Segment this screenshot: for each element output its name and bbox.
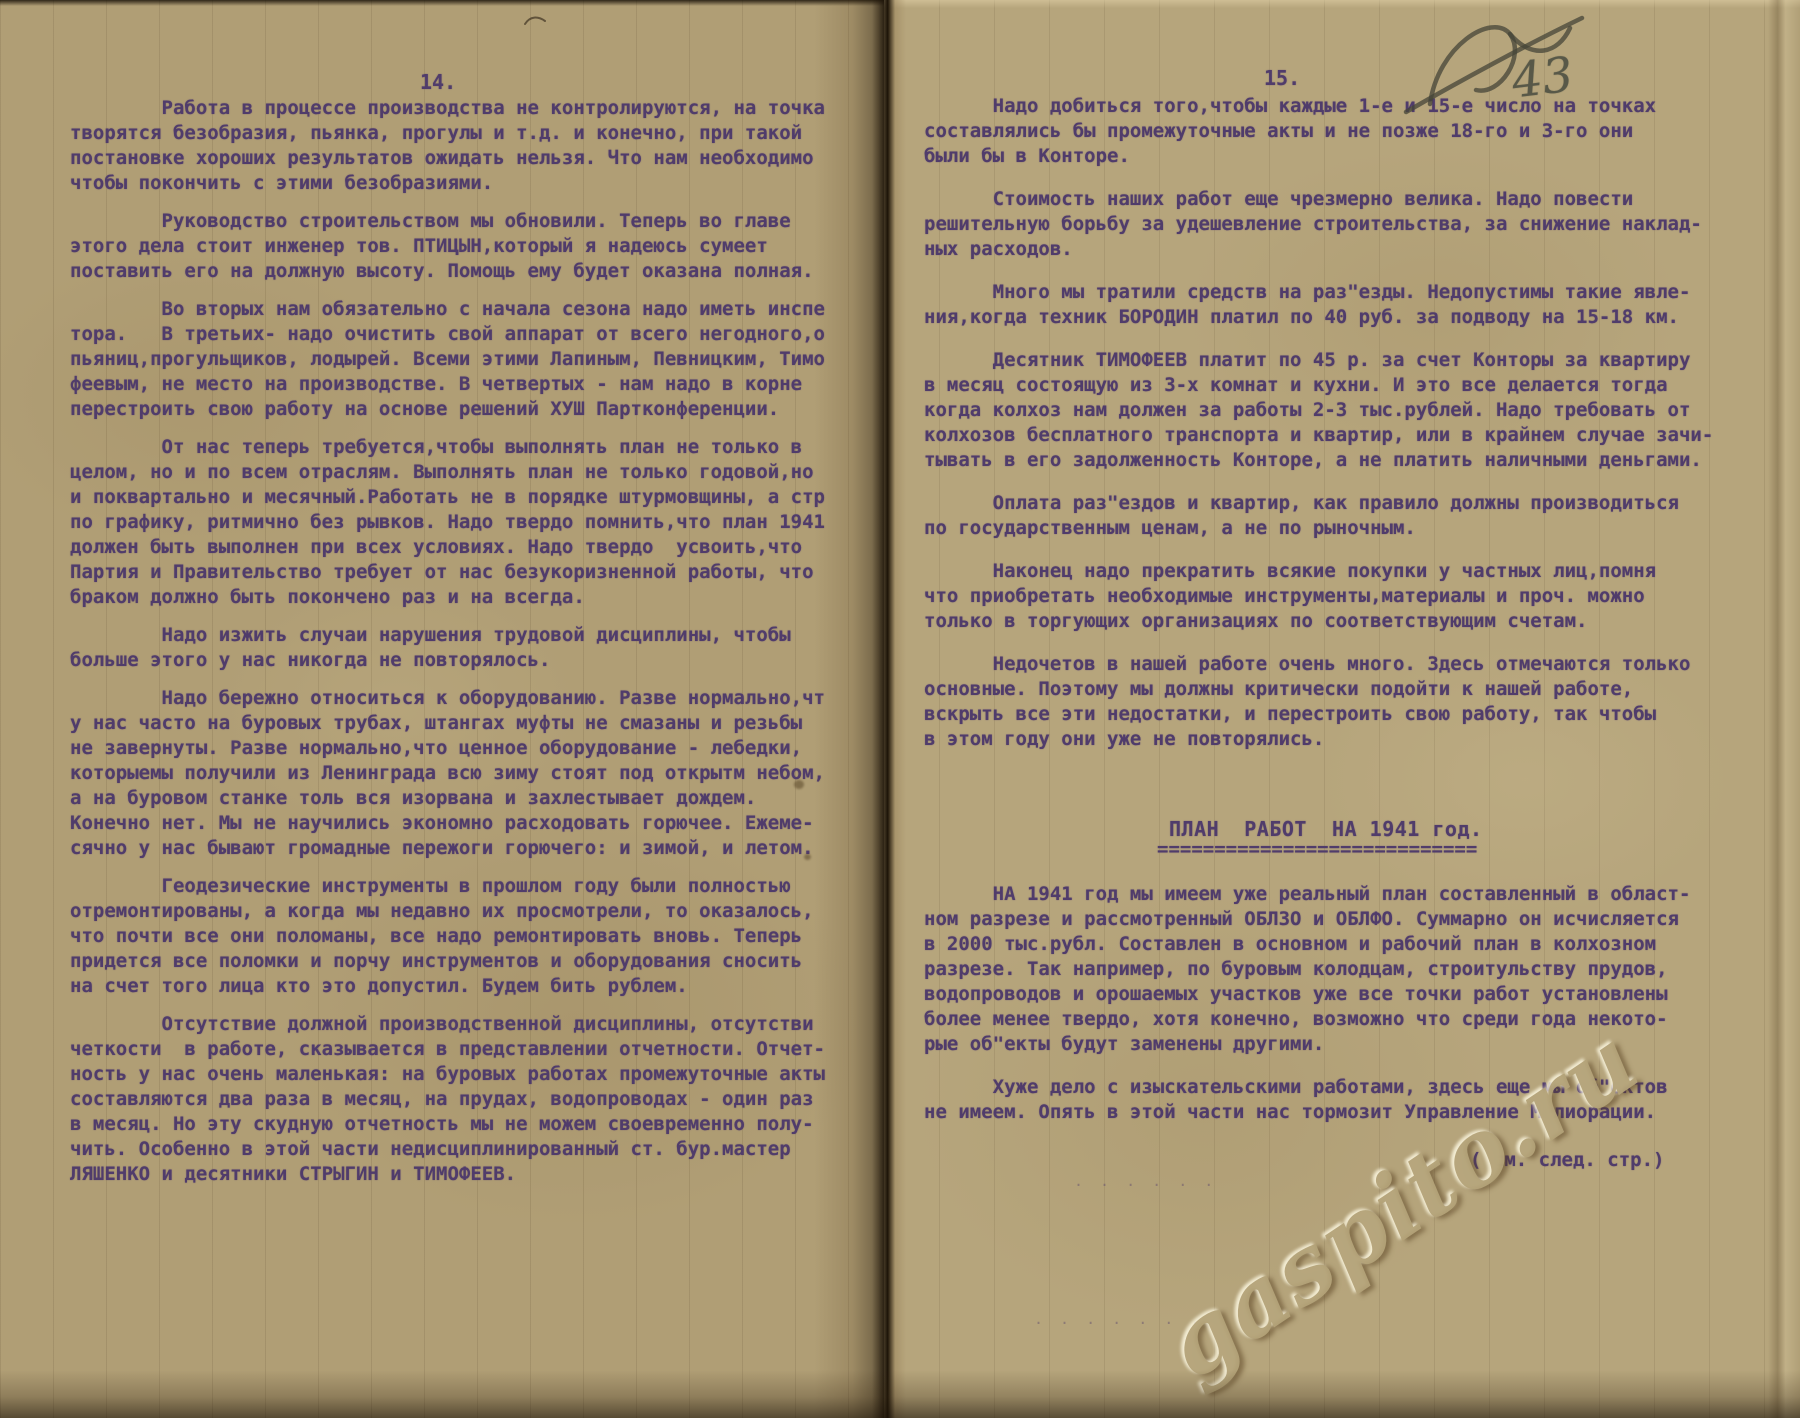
scanned-document-spread: 14. Работа в процессе производства не ко…: [0, 0, 1800, 1418]
text-line: на счет того лица кто это допустил. Буде…: [70, 974, 825, 999]
text-line: ния,когда техник БОРОДИН платил по 40 ру…: [924, 305, 1713, 330]
text-line: Недочетов в нашей работе очень много. Зд…: [924, 652, 1713, 677]
text-line: решительную борьбу за удешевление строит…: [924, 212, 1713, 237]
text-line: которыемы получили из Ленинграда всю зим…: [70, 761, 825, 786]
page-number-right: 15.: [1264, 66, 1300, 90]
paragraph: Недочетов в нашей работе очень много. Зд…: [924, 652, 1713, 752]
text-line: тора. В третьих- надо очистить свой аппа…: [70, 322, 825, 347]
text-line: Партия и Правительство требует от нас бе…: [70, 560, 825, 585]
text-line: разрезе. Так например, по буровым колодц…: [924, 957, 1713, 982]
text-line: не завернуты. Разве нормально,что ценное…: [70, 736, 825, 761]
text-line: браком должно быть покончено раз и на вс…: [70, 585, 825, 610]
text-line: чтобы покончить с этими безобразиями.: [70, 171, 825, 196]
text-line: больше этого у нас никогда не повторялос…: [70, 648, 825, 673]
text-line: Надо добиться того,чтобы каждые 1-е и 15…: [924, 94, 1713, 119]
text-line: тывать в его задолженность Конторе, а не…: [924, 448, 1713, 473]
text-line: когда колхоз нам должен за работы 2-3 ты…: [924, 398, 1713, 423]
text-line: Геодезические инструменты в прошлом году…: [70, 874, 825, 899]
text-line: ном разрезе и рассмотренный ОБЛЗО и ОБЛФ…: [924, 907, 1713, 932]
text-line: Отсутствие должной производственной дисц…: [70, 1012, 825, 1037]
text-line: От нас теперь требуется,чтобы выполнять …: [70, 435, 825, 460]
text-line: отремонтированы, а когда мы недавно их п…: [70, 899, 825, 924]
paragraph: От нас теперь требуется,чтобы выполнять …: [70, 435, 825, 610]
text-line: были бы в Конторе.: [924, 144, 1713, 169]
text-line: колхозов бесплатного транспорта и кварти…: [924, 423, 1713, 448]
text-line: Работа в процессе производства не контро…: [70, 96, 825, 121]
paragraph: Надо изжить случаи нарушения трудовой ди…: [70, 623, 825, 673]
text-line: в 2000 тыс.рубл. Составлен в основном и …: [924, 932, 1713, 957]
text-line: Во вторых нам обязательно с начала сезон…: [70, 297, 825, 322]
handwritten-archive-page-number: 43: [1509, 46, 1576, 109]
text-line: должен быть выполнен при всех условиях. …: [70, 535, 825, 560]
text-line: постановке хороших результатов ожидать н…: [70, 146, 825, 171]
page-edge: [1768, 0, 1800, 1418]
text-line: что почти все они поломаны, все надо рем…: [70, 924, 825, 949]
text-line: Оплата раз"ездов и квартир, как правило …: [924, 491, 1713, 516]
paragraph: Руководство строительством мы обновили. …: [70, 209, 825, 284]
text-line: что приобретать необходимые инструменты,…: [924, 584, 1713, 609]
text-line: Десятник ТИМОФЕЕВ платит по 45 р. за сче…: [924, 348, 1713, 373]
paragraph: Стоимость наших работ еще чрезмерно вели…: [924, 187, 1713, 262]
text-line: Надо бережно относиться к оборудованию. …: [70, 686, 825, 711]
paper-stain: [794, 780, 804, 789]
text-line: НА 1941 год мы имеем уже реальный план с…: [924, 882, 1713, 907]
text-line: только в торгующих организациях по соотв…: [924, 609, 1713, 634]
paragraph: Оплата раз"ездов и квартир, как правило …: [924, 491, 1713, 541]
text-line: составлялись бы промежуточные акты и не …: [924, 119, 1713, 144]
text-line: ность у нас очень маленькая: на буровых …: [70, 1062, 825, 1087]
paragraph: Наконец надо прекратить всякие покупки у…: [924, 559, 1713, 634]
text-line: придется все поломки и порчу инструменто…: [70, 949, 825, 974]
text-line: в этом году они уже не повторялись.: [924, 727, 1713, 752]
text-line: по государственным ценам, а не по рыночн…: [924, 516, 1713, 541]
text-line: поставить его на должную высоту. Помощь …: [70, 259, 825, 284]
page-14-text: Работа в процессе производства не контро…: [70, 96, 825, 1200]
text-line: водопроводов и орошаемых участков уже вс…: [924, 982, 1713, 1007]
text-line: ных расходов.: [924, 237, 1713, 262]
paragraph: Геодезические инструменты в прошлом году…: [70, 874, 825, 999]
typewriter-dots-artifact: . . . . . .: [1074, 1172, 1217, 1190]
text-line: Стоимость наших работ еще чрезмерно вели…: [924, 187, 1713, 212]
text-line: вскрыть все эти недостатки, и перестроит…: [924, 702, 1713, 727]
text-line: перестроить свою работу на основе решени…: [70, 397, 825, 422]
text-line: пьяниц,прогульщиков, лодырей. Всеми этим…: [70, 347, 825, 372]
paragraph: Надо добиться того,чтобы каждые 1-е и 15…: [924, 94, 1713, 169]
page-number-left: 14.: [420, 70, 456, 94]
text-line: и поквартально и месячный.Работать не в …: [70, 485, 825, 510]
page-gutter-fold: [872, 0, 906, 1418]
page-14: 14. Работа в процессе производства не ко…: [0, 0, 884, 1418]
text-line: в месяц. Но эту скудную отчетность мы не…: [70, 1112, 825, 1137]
paragraph: Надо бережно относиться к оборудованию. …: [70, 686, 825, 861]
text-line: этого дела стоит инженер тов. ПТИЦЫН,кот…: [70, 234, 825, 259]
ink-speck: [522, 12, 548, 30]
text-line: сячно у нас бывают громадные пережоги го…: [70, 836, 825, 861]
text-line: составляются два раза в месяц, на прудах…: [70, 1087, 825, 1112]
text-line: Много мы тратили средств на раз"езды. Не…: [924, 280, 1713, 305]
paragraph: Много мы тратили средств на раз"езды. Не…: [924, 280, 1713, 330]
text-line: в месяц состоящую из 3-х комнат и кухни.…: [924, 373, 1713, 398]
paper-stain: [804, 854, 811, 860]
text-line: Руководство строительством мы обновили. …: [70, 209, 825, 234]
text-line: у нас часто на буровых трубах, штангах м…: [70, 711, 825, 736]
paragraph: Отсутствие должной производственной дисц…: [70, 1012, 825, 1187]
text-line: Надо изжить случаи нарушения трудовой ди…: [70, 623, 825, 648]
text-line: по графику, ритмично без рывков. Надо тв…: [70, 510, 825, 535]
text-line: творятся безобразия, пьянка, прогулы и т…: [70, 121, 825, 146]
text-line: ЛЯШЕНКО и десятники СТРЫГИН и ТИМОФЕЕВ.: [70, 1162, 825, 1187]
section-heading: ПЛАН РАБОТ НА 1941 год. ================…: [1169, 816, 1713, 856]
text-line: чить. Особенно в этой части недисциплини…: [70, 1137, 825, 1162]
paragraph: Во вторых нам обязательно с начала сезон…: [70, 297, 825, 422]
paragraph: Работа в процессе производства не контро…: [70, 96, 825, 196]
text-line: четкости в работе, сказывается в предста…: [70, 1037, 825, 1062]
text-line: основные. Поэтому мы должны критически п…: [924, 677, 1713, 702]
text-line: целом, но и по всем отраслям. Выполнять …: [70, 460, 825, 485]
page-15-paragraphs-top: Надо добиться того,чтобы каждые 1-е и 15…: [924, 94, 1713, 752]
text-line: Конечно нет. Мы не научились экономно ра…: [70, 811, 825, 836]
text-line: феевым, не место на производстве. В четв…: [70, 372, 825, 397]
scan-bottom-shadow: [0, 1370, 1800, 1418]
paragraph: Десятник ТИМОФЕЕВ платит по 45 р. за сче…: [924, 348, 1713, 473]
section-heading-underline: ============================: [1157, 842, 1713, 856]
text-line: а на буровом станке толь вся изорвана и …: [70, 786, 825, 811]
text-line: Наконец надо прекратить всякие покупки у…: [924, 559, 1713, 584]
